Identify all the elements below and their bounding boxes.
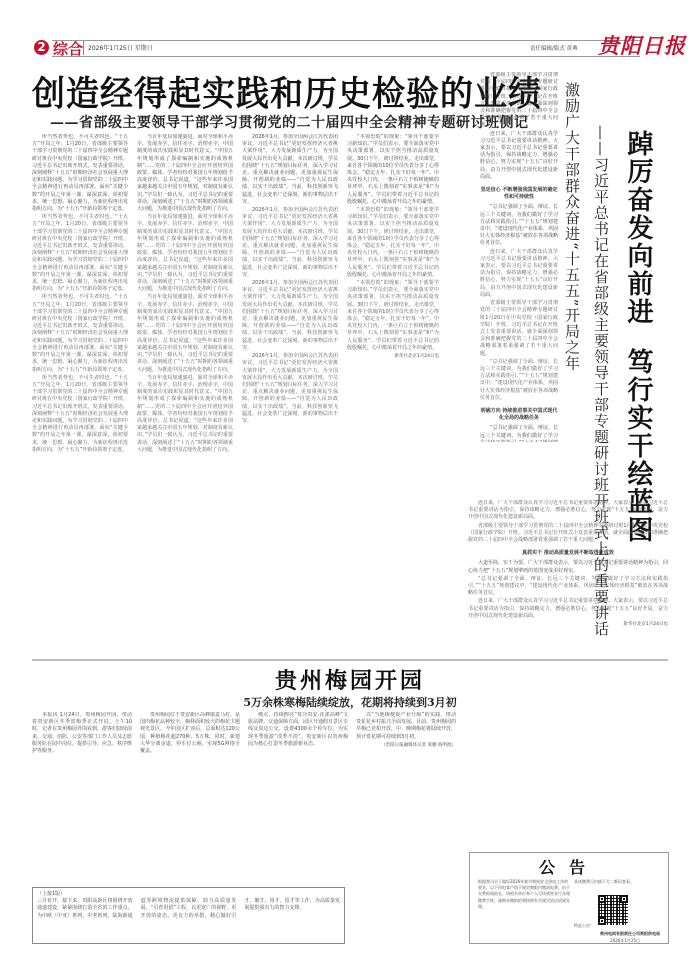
side-paragraph: “总书记强调了全面、辩证、长远三个关键词，为我们做好了学习方法和实践指引。”“十… bbox=[480, 359, 558, 402]
page-number-badge: 2 bbox=[34, 40, 49, 55]
lead-paragraph: “本领恐慌”的现象：“领导干部要学习新知识。”学员们表示，要全面落实党中央决策部… bbox=[347, 134, 439, 206]
lead-signature: 新华社北京1月24日电 bbox=[347, 353, 439, 360]
qr-finder-icon bbox=[598, 895, 606, 903]
notice-body: 根据我司关于做好2026年春节期间安全供电工作的要求，以下用电客户请于规定期限内… bbox=[478, 879, 570, 910]
side-paragraph: 连日来，广大干部群众认真学习习近平总书记重要讲话精神。大家表示，要以习近平总书记… bbox=[480, 131, 558, 181]
article2-column-3: 佛点，持续擦亮“赏冷贵安·花漾高峰”文旅品牌。交通保障方面，园区开通假日景区专线… bbox=[248, 712, 348, 772]
side-paragraph: 省部级主要领导干部学习贯彻党的二十届四中全会精神专题研讨班1月20日在中央党校（… bbox=[480, 300, 558, 358]
notice-date: 2026年1月25日 bbox=[610, 938, 640, 944]
side-column-lower: 连日来，广大干部群众认真学习习近平总书记重要讲话精神。大家表示，要以习近平总书记… bbox=[468, 500, 668, 655]
notice-closing: 特此公告！ bbox=[574, 923, 594, 929]
editor-credit: 责任编辑/版式 黄典 bbox=[530, 44, 578, 52]
lead-column-3: 2026年1月，参加全国两会江苏代表团审议，习近平总书记“更好发挥经济大省挑大梁… bbox=[242, 134, 338, 654]
lead-column-1: 所当然者势也，不可失者时也。“十五五”开局之年，1月20日，省部级主要领导干部学… bbox=[32, 134, 128, 654]
article2-column-1: 本报讯 1月24日，贵州梅园开园，带动着贵安新区冬季赏梅季正式开启。上午10时，… bbox=[32, 712, 132, 772]
side-paragraph: 连日来，广大干部群众认真学习习近平总书记重要讲话精神。大家表示，要以习近平总书记… bbox=[468, 598, 668, 620]
article2-subhead: 5万余株寒梅陆续绽放，花期将持续到3月初 bbox=[0, 694, 700, 710]
article2-column-2: 贵州梅园位于贵安新区高峰镇麦马村，是国内梅花品种较全、梅林面积较大的梅花主题观光… bbox=[140, 712, 240, 772]
article2-column-4: 以“当地梅便捉产业升级”的实践，推动贵花花乡村振兴全面发展。目前，贵州梅园的早梅… bbox=[356, 712, 456, 772]
article2-byline: （贵阳日报融媒体记者 张鹏 杨明池） bbox=[356, 742, 456, 749]
issue-date: 2026年1月25日 星期日 bbox=[88, 43, 153, 52]
notice-issuer: 贵州电网有限责任公司贵阳供电局 bbox=[600, 931, 660, 937]
newspaper-logo: 贵阳日报 bbox=[598, 30, 686, 60]
lead-paragraph: “本领恐慌”的现象：“领导干部要学习新知识。”学员们表示，要全面落实党中央决策部… bbox=[347, 280, 439, 352]
lead-paragraph: 所当然者势也，不可失者时也。“十五五”开局之年，1月20日，省部级主要领导干部学… bbox=[32, 294, 128, 373]
qr-finder-icon bbox=[598, 917, 606, 925]
article2-paragraph: 贵州梅园位于贵安新区高峰镇麦马村，是国内梅花品种较全、梅林面积较大的梅花主题观光… bbox=[140, 712, 240, 755]
side-paragraph: 省部级主要领导干部学习贯彻党的二十届四中全会精神专题研讨班1月20日在中央党校（… bbox=[480, 72, 558, 130]
notice-qr-instructions: 具体缴费可扫描下方二维码查看。 bbox=[574, 879, 664, 885]
side-paragraph: 省部级主要领导干部学习贯彻党的二十届四中全会精神专题研讨班1月20日在中央党校（… bbox=[468, 523, 668, 545]
header-rule-bottom bbox=[52, 56, 640, 57]
article2-paragraph: 以“当地梅便捉产业升级”的实践，推动贵花花乡村振兴全面发展。目前，贵州梅园的早梅… bbox=[356, 712, 456, 741]
side-subsection-title: 真抓实干 推动高质量发展不断取得新成效 bbox=[468, 550, 668, 557]
side-column-upper: 省部级主要领导干部学习贯彻党的二十届四中全会精神专题研讨班1月20日在中央党校（… bbox=[480, 72, 558, 442]
side-subsection-title: 明确方向 持续推进事关中国式现代化全局的战略任务 bbox=[480, 408, 558, 422]
side-paragraph: “总书记强调了全面、辩证、长远三个关键词，为我们做好了学习方法和实践指引。”“十… bbox=[480, 425, 558, 442]
continuation-box: （上接1版） 三月花开，接下来，贵阳高新区将围绕开放通道建设，紧紧围绕打造全省的… bbox=[32, 887, 345, 944]
section-name: 综合 bbox=[53, 38, 83, 59]
lead-paragraph: 所当然者势也，不可失者时也。“十五五”开局之年，1月20日，省部级主要领导干部学… bbox=[32, 214, 128, 293]
side-paragraph: “总书记强调了全面、辩证、长远三个关键词，为我们做好了学习方法和实践指引。”“十… bbox=[480, 204, 558, 247]
qr-finder-icon bbox=[620, 895, 628, 903]
lead-column-2: 当百年变局加速演进，面对全球和平赤字、发展赤字、信任赤字、治理赤字，中国制度的成… bbox=[137, 134, 233, 654]
lead-subhead: ——省部级主要领导干部学习贯彻党的二十届四中全会精神专题研讨班侧记 bbox=[50, 112, 529, 132]
side-signature: 新华社北京1月24日电 bbox=[468, 621, 668, 628]
lead-paragraph: 2026年1月，参加全国两会江苏代表团审议，习近平总书记“更好发挥经济大省挑大梁… bbox=[242, 280, 338, 352]
article2-paragraph: 本报讯 1月24日，贵州梅园开园，带动着贵安新区冬季赏梅季正式开启。上午10时，… bbox=[32, 712, 132, 755]
lead-paragraph: 当百年变局加速演进，面对全球和平赤字、发展赤字、信任赤字、治理赤字，中国制度的成… bbox=[137, 294, 233, 373]
section-divider bbox=[83, 40, 84, 55]
qr-code-icon[interactable] bbox=[598, 895, 628, 925]
lead-paragraph: 2026年1月，参加全国两会江苏代表团审议，习近平总书记“更好发挥经济大省挑大梁… bbox=[242, 207, 338, 279]
lead-paragraph: 所当然者势也，不可失者时也。“十五五”开局之年，1月20日，省部级主要领导干部学… bbox=[32, 134, 128, 213]
side-paragraph: “总书记强调了全面、辩证、长远三个关键词，为我们做好了学习方法和实践指引。”“十… bbox=[468, 576, 668, 598]
side-paragraph: 大道至简，实干为要。广大干部群众表示，要以习近平总书记重要讲话精神为指引，同心协… bbox=[468, 560, 668, 574]
notice-title: 公告 bbox=[470, 855, 668, 878]
continuation-text: 三月花开，接下来，贵阳高新区将围绕开放通道建设，紧紧围绕打造全省的工作重点，为中… bbox=[37, 898, 340, 920]
lead-paragraph: “本领恐慌”的现象：“领导干部要学习新知识。”学员们表示，要全面落实党中央决策部… bbox=[347, 207, 439, 279]
side-subsection-title: 坚定信心 不断增强我国发展的确定性和可持续性 bbox=[480, 187, 558, 201]
article2-headline: 贵州梅园开园 bbox=[0, 664, 700, 695]
lead-headline: 创造经得起实践和历史检验的业绩 bbox=[32, 67, 542, 116]
header-rule-top bbox=[52, 40, 640, 41]
lead-paragraph: 2026年1月，参加全国两会江苏代表团审议，习近平总书记“更好发挥经济大省挑大梁… bbox=[242, 353, 338, 425]
lead-column-4: “本领恐慌”的现象：“领导干部要学习新知识。”学员们表示，要全面落实党中央决策部… bbox=[347, 134, 439, 654]
lead-paragraph: 所当然者势也，不可失者时也。“十五五”开局之年，1月20日，省部级主要领导干部学… bbox=[32, 375, 128, 454]
article2-paragraph: 佛点，持续擦亮“赏冷贵安·花漾高峰”文旅品牌。交通保障方面，园区开通假日景区专线… bbox=[248, 712, 348, 748]
side-headline: 踔厉奋发向前进 笃行实干绘蓝图 bbox=[620, 130, 657, 544]
side-headline-line1: 踔厉奋发向前进 bbox=[623, 130, 653, 326]
section-separator bbox=[32, 659, 668, 661]
lead-paragraph: 当百年变局加速演进，面对全球和平赤字、发展赤字、信任赤字、治理赤字，中国制度的成… bbox=[137, 134, 233, 213]
lead-paragraph: 2026年1月，参加全国两会江苏代表团审议，习近平总书记“更好发挥经济大省挑大梁… bbox=[242, 134, 338, 206]
side-paragraph: 连日来，广大干部群众认真学习习近平总书记重要讲话精神。大家表示，要以习近平总书记… bbox=[480, 249, 558, 299]
side-paragraph: 连日来，广大干部群众认真学习习近平总书记重要讲话精神。大家表示，要以习近平总书记… bbox=[468, 500, 668, 522]
page-header: 2 综合 2026年1月25日 星期日 责任编辑/版式 黄典 贵阳日报 bbox=[0, 38, 700, 58]
lead-paragraph: 当百年变局加速演进，面对全球和平赤字、发展赤字、信任赤字、治理赤字，中国制度的成… bbox=[137, 375, 233, 454]
public-notice: 公告 根据我司关于做好2026年春节期间安全供电工作的要求，以下用电客户请于规定… bbox=[469, 852, 669, 944]
side-subtitle-2: 激励广大干部群众奋进“十五五”开局之年 bbox=[562, 82, 583, 371]
lead-paragraph: 当百年变局加速演进，面对全球和平赤字、发展赤字、信任赤字、治理赤字，中国制度的成… bbox=[137, 214, 233, 293]
